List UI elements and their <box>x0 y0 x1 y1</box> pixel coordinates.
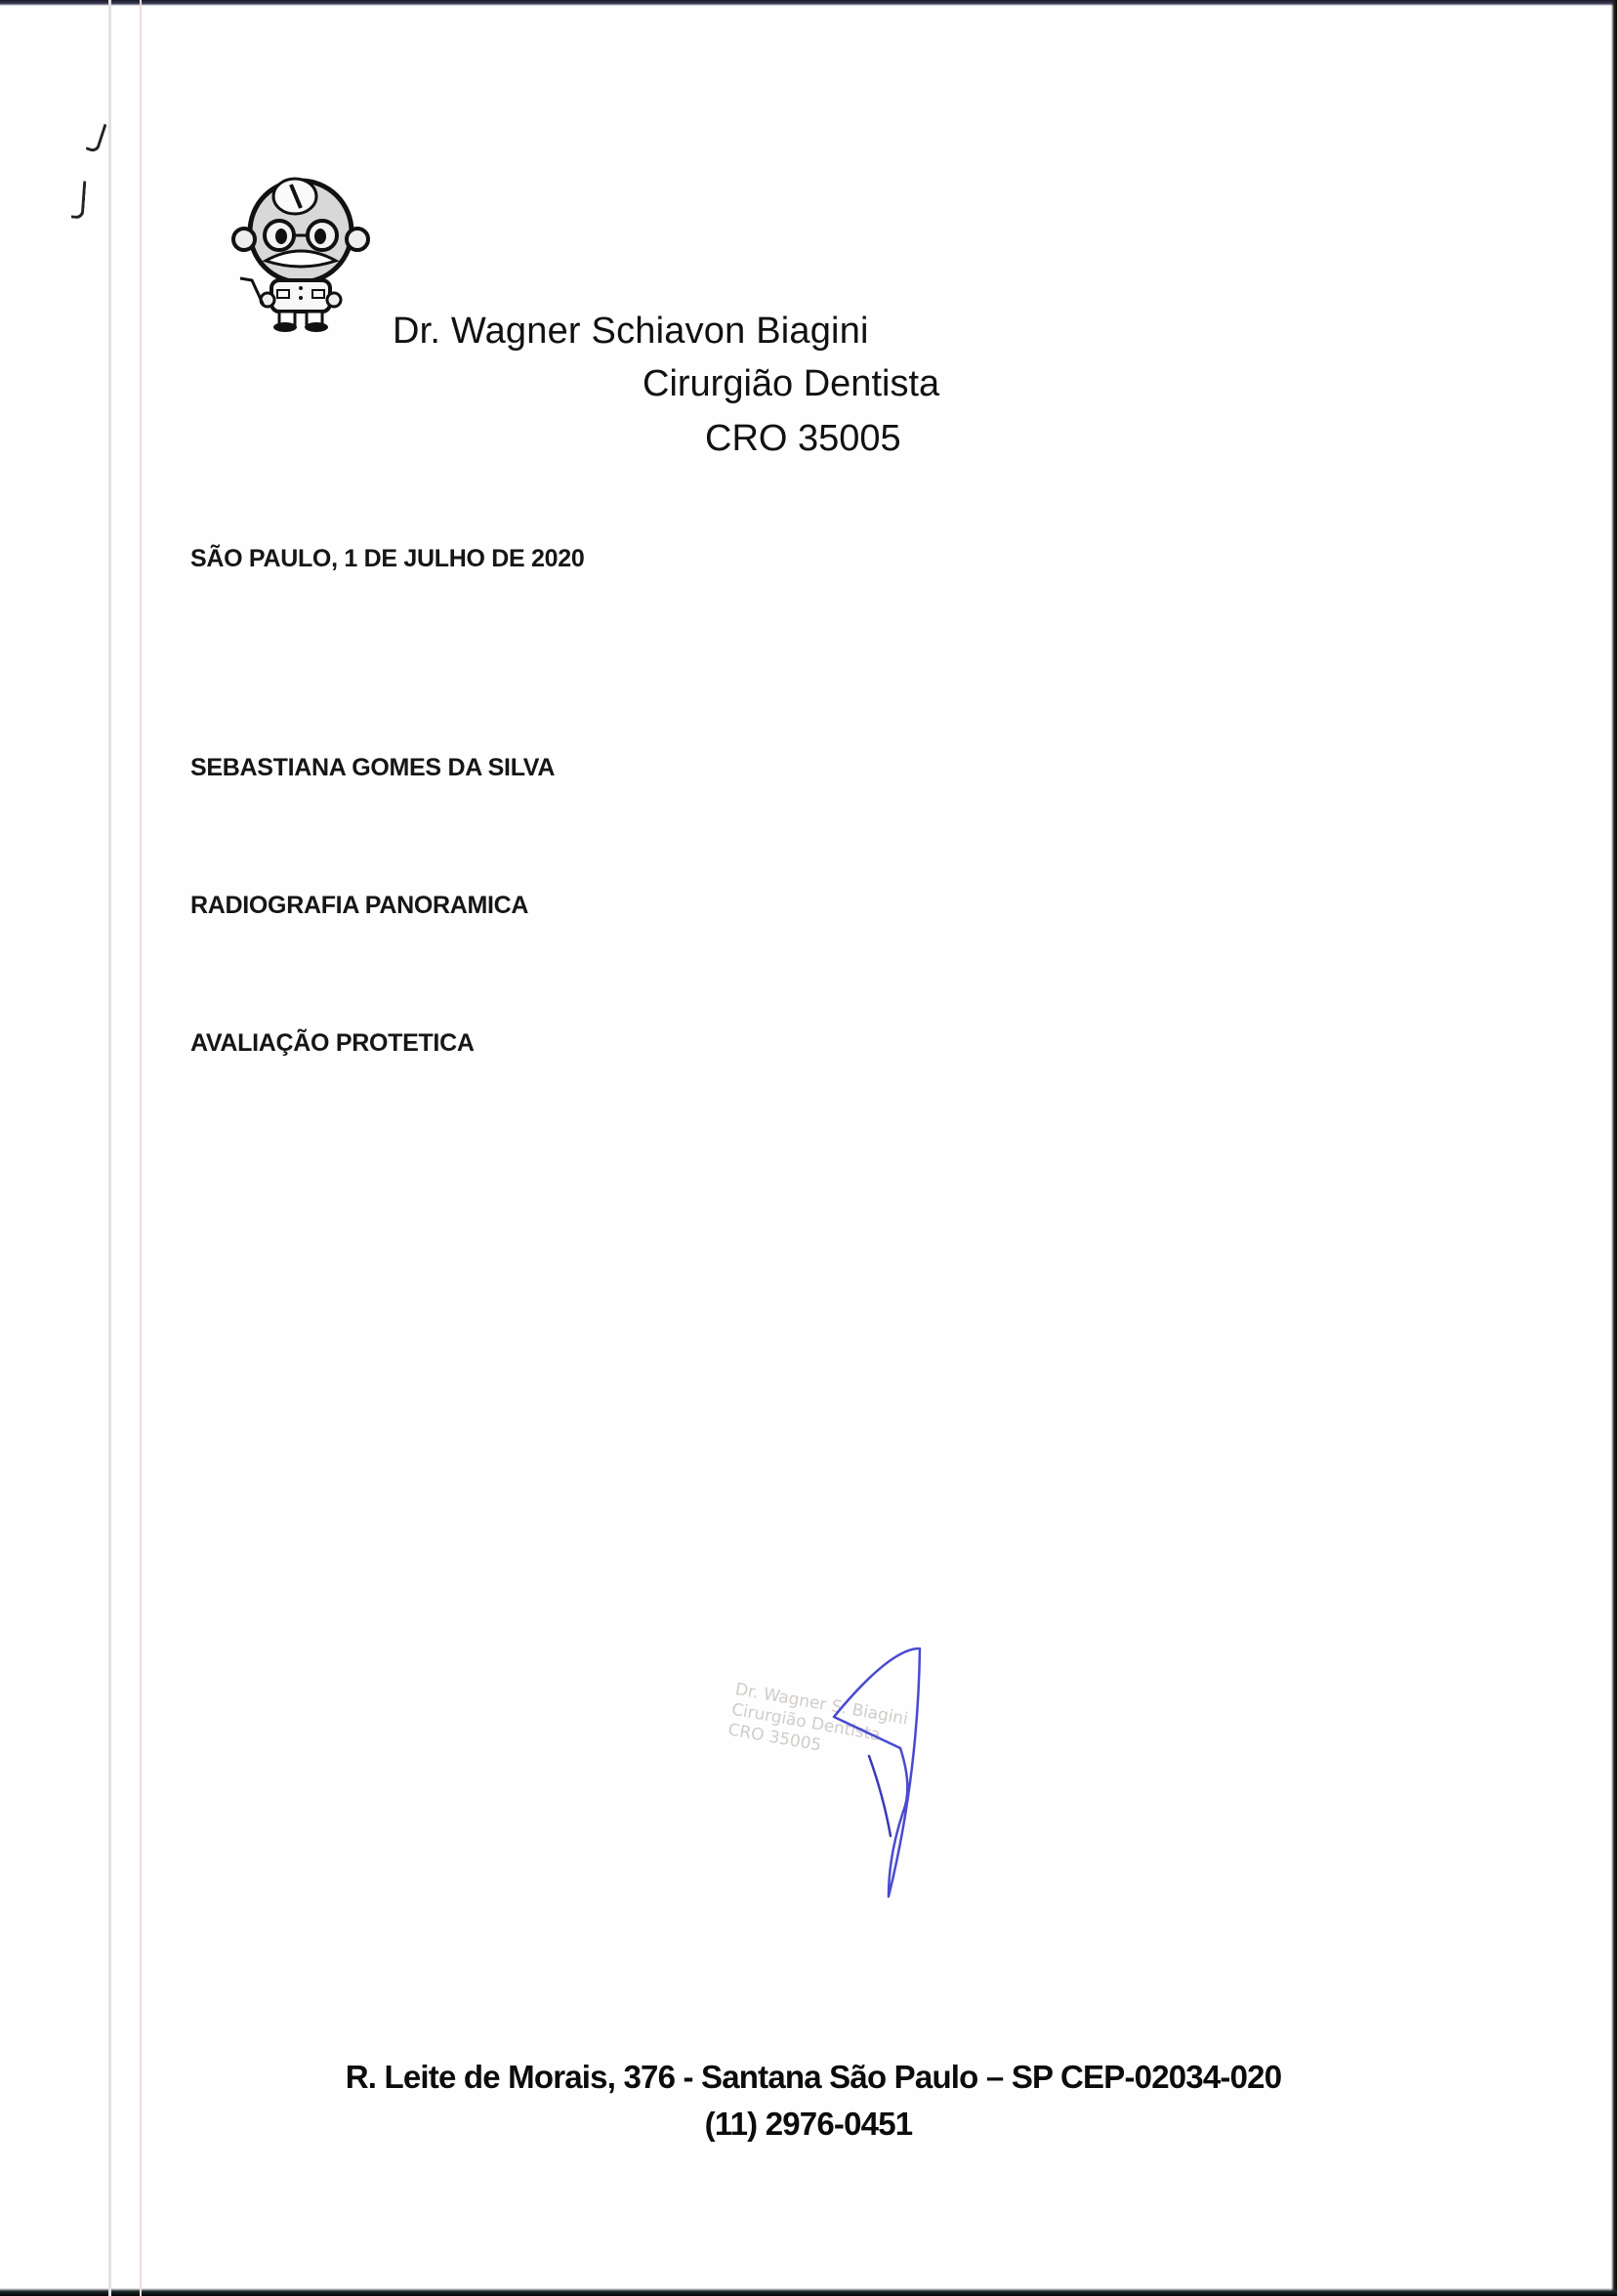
exam-requested: RADIOGRAFIA PANORAMICA <box>190 892 528 920</box>
staple-mark <box>86 121 107 153</box>
scan-edge-bottom <box>0 2288 1617 2296</box>
margin-line <box>108 0 111 2296</box>
exam-purpose: AVALIAÇÃO PROTETICA <box>190 1029 475 1058</box>
doctor-registration: CRO 35005 <box>705 418 901 460</box>
doctor-profession: Cirurgião Dentista <box>643 363 939 405</box>
patient-name: SEBASTIANA GOMES DA SILVA <box>190 754 555 782</box>
scan-edge-top <box>0 0 1617 6</box>
scan-edge-right <box>1611 0 1617 2296</box>
footer-phone: (11) 2976-0451 <box>0 2106 1617 2143</box>
footer-address: R. Leite de Morais, 376 - Santana São Pa… <box>0 2059 1617 2096</box>
date-line: SÃO PAULO, 1 DE JULHO DE 2020 <box>190 545 584 573</box>
staple-mark <box>71 181 87 220</box>
margin-line <box>140 0 142 2296</box>
handwritten-signature <box>820 1641 928 1904</box>
scanned-document-page: Dr. Wagner Schiavon Biagini Cirurgião De… <box>0 0 1617 2296</box>
doctor-name: Dr. Wagner Schiavon Biagini <box>393 311 869 353</box>
cartoon-dentist-icon <box>223 171 379 332</box>
